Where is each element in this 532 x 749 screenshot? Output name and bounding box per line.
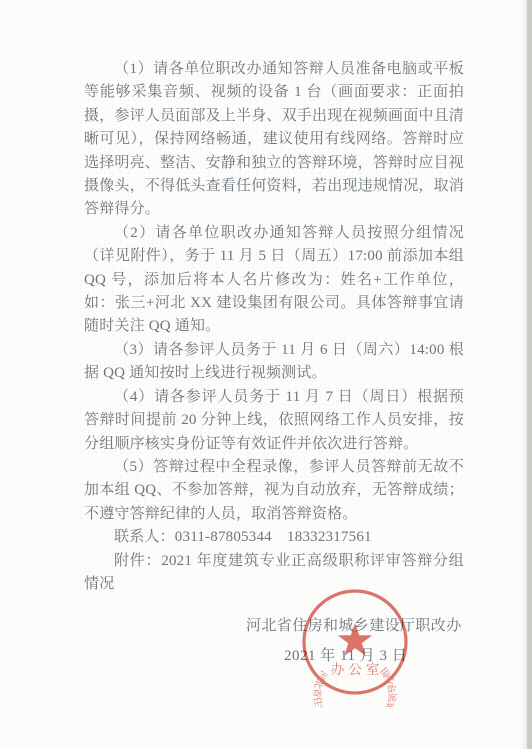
seal-bottom-text: 办公室 (331, 661, 384, 677)
paragraph-5: （5）答辩过程中全程录像，参评人员答辩前无故不加本组 QQ、不参加答辩，视为自动… (84, 456, 464, 526)
paragraph-4: （4）请各参评人员务于 11 月 7 日（周日）根据预答辩时间提前 20 分钟上… (84, 386, 464, 456)
contact-line: 联系人：0311-87805344 18332317561 (84, 526, 464, 549)
scan-edge-strip (527, 0, 532, 749)
notice-body: （1）请各单位职改办通知答辩人员准备电脑或平板等能够采集音频、视频的设备 1 台… (84, 58, 464, 596)
official-seal: 河北省住房和城乡建设厅职称改革领导小组 办公室 (290, 577, 420, 707)
paragraph-2: （2）请各单位职改办通知答辩人员按照分组情况（详见附件），务于 11 月 5 日… (84, 222, 464, 339)
star-icon (338, 623, 372, 656)
scanned-document-page: （1）请各单位职改办通知答辩人员准备电脑或平板等能够采集音频、视频的设备 1 台… (0, 0, 532, 749)
paragraph-3: （3）请各参评人员务于 11 月 6 日（周六）14:00 根据 QQ 通知按时… (84, 339, 464, 386)
paragraph-1: （1）请各单位职改办通知答辩人员准备电脑或平板等能够采集音频、视频的设备 1 台… (84, 58, 464, 222)
